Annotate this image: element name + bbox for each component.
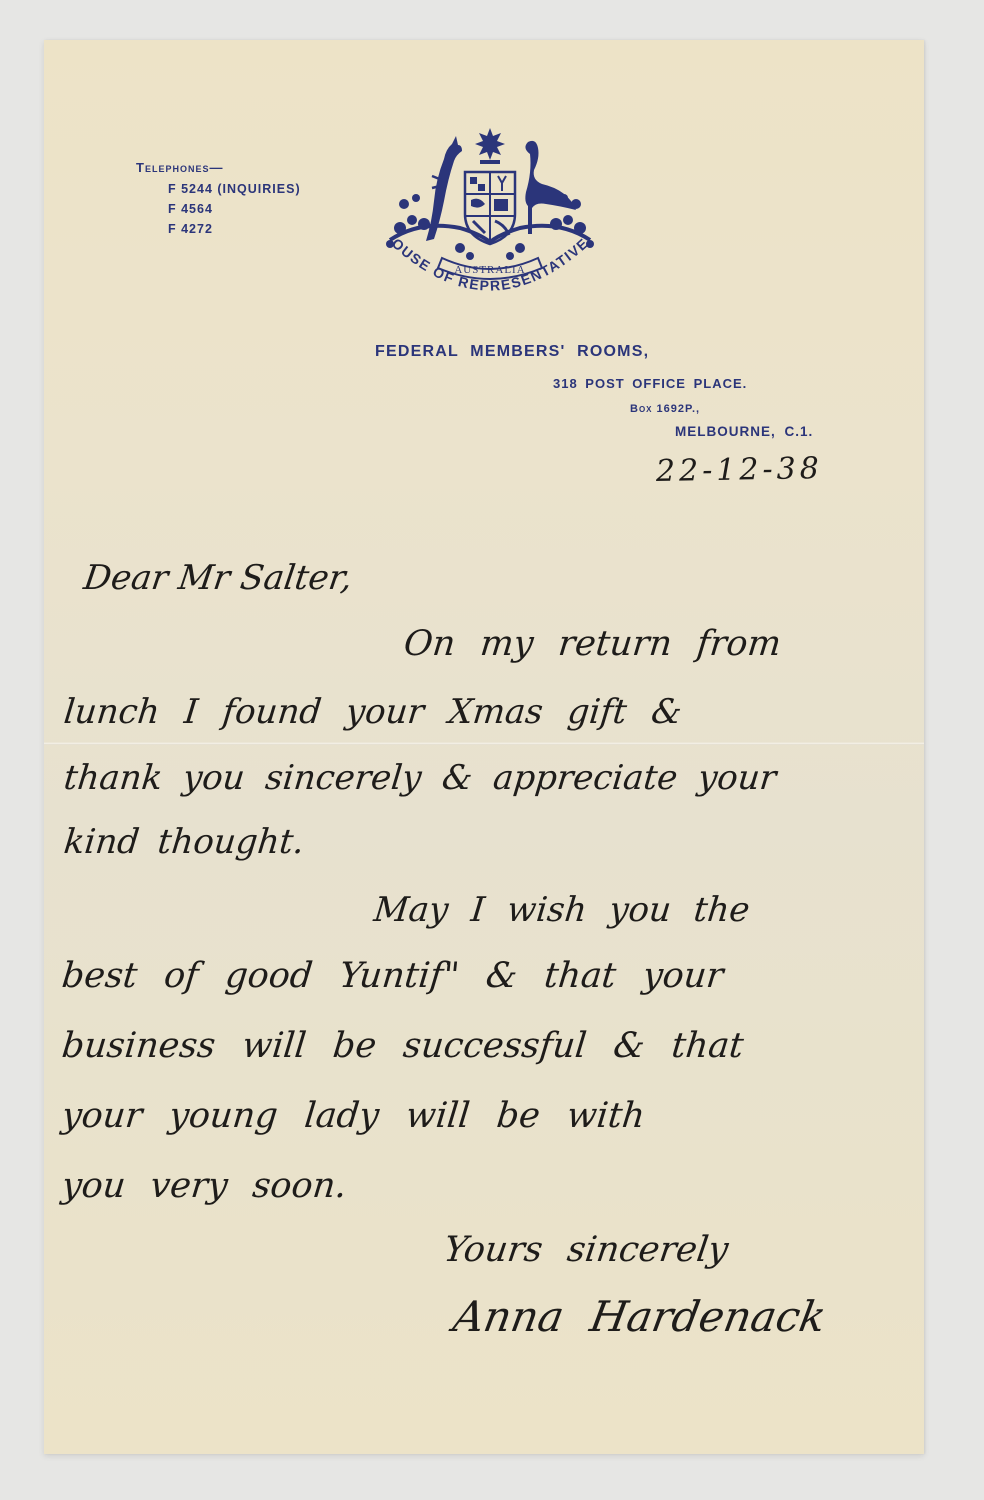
signature: Anna Hardenack: [450, 1292, 830, 1341]
letter-page: Telephones— F 5244 (INQUIRIES) F 4564 F …: [44, 40, 924, 1454]
address-street: 318 POST OFFICE PLACE.: [553, 376, 747, 391]
body-line: your young lady will be with: [60, 1096, 647, 1136]
coat-of-arms-icon: AUSTRALIA HOUSE OF REPRESENTATIVES: [370, 124, 610, 314]
body-line: lunch I found your Xmas gift &: [62, 692, 684, 732]
body-line: business will be successful & that: [60, 1026, 746, 1066]
address-city: MELBOURNE, C.1.: [675, 424, 813, 439]
closing: Yours sincerely: [441, 1230, 731, 1270]
body-line: May I wish you the: [372, 890, 752, 930]
office-name: FEDERAL MEMBERS' ROOMS,: [375, 343, 649, 361]
telephone-number: F 4564: [168, 202, 213, 216]
body-line: On my return from: [402, 624, 783, 664]
body-line: kind thought.: [62, 822, 306, 862]
salutation: Dear Mr Salter,: [81, 558, 355, 598]
paper-fold-line: [44, 742, 924, 745]
letter-date: 22-12-38: [656, 451, 823, 489]
address-box: Box 1692P.,: [630, 403, 700, 415]
telephone-number: F 5244 (INQUIRIES): [168, 182, 301, 196]
body-line: best of good Yuntif" & that your: [60, 956, 725, 996]
telephone-number: F 4272: [168, 222, 213, 236]
body-line: thank you sincerely & appreciate your: [62, 758, 778, 798]
crest-banner-text: AUSTRALIA: [454, 264, 525, 276]
body-line: you very soon.: [60, 1166, 349, 1206]
telephones-heading: Telephones—: [136, 160, 223, 175]
